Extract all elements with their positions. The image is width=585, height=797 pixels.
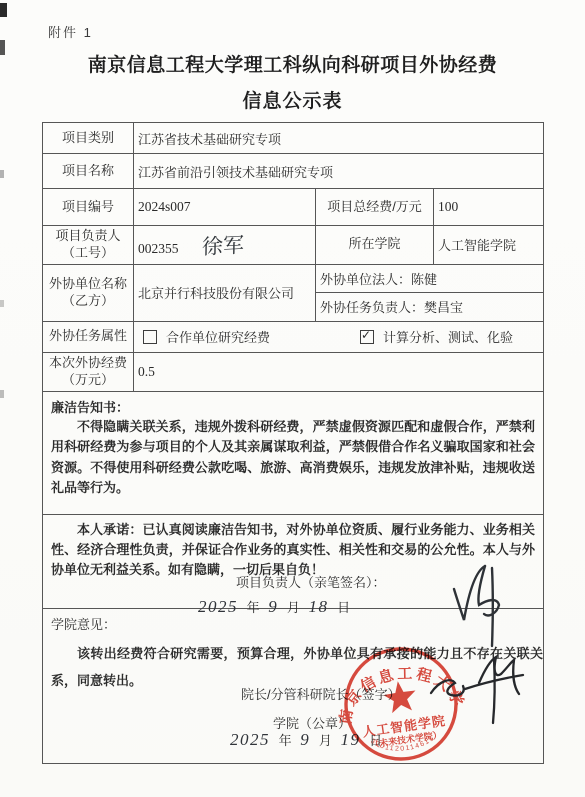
project-category-value: 江苏省技术基础研究专项 <box>134 123 544 154</box>
task-option-analysis: 计算分析、测试、化验 <box>360 327 513 346</box>
scan-artifact <box>0 390 4 398</box>
integrity-notice-body: 不得隐瞒关联关系，违规外拨科研经费，严禁虚假资源匹配和虚假合作，严禁利用科研经费… <box>51 417 535 499</box>
row-amount: 本次外协经费 （万元） 0.5 <box>43 352 544 391</box>
partner-legal-person: 外协单位法人：陈健 <box>316 264 544 292</box>
amount-label-line1: 本次外协经费 <box>47 355 129 372</box>
integrity-notice-title: 廉洁告知书： <box>51 397 535 416</box>
project-number-label: 项目编号 <box>43 189 134 226</box>
task-option-cooperation: 合作单位研究经费 <box>143 327 270 346</box>
college-date-year: 2025 <box>230 730 270 749</box>
dean-signature-scrawl <box>421 647 536 727</box>
task-option-cooperation-label: 合作单位研究经费 <box>166 327 270 346</box>
row-project-leader: 项目负责人 （工号） 002355 徐军 所在学院 人工智能学院 <box>43 226 544 265</box>
row-project-name: 项目名称 江苏省前沿引领技术基础研究专项 <box>43 154 544 189</box>
college-date-month: 9 <box>300 730 310 749</box>
checkbox-unchecked-icon <box>143 330 157 344</box>
college-date-year-unit: 年 <box>279 733 292 748</box>
form-table: 项目类别 江苏省技术基础研究专项 项目名称 江苏省前沿引领技术基础研究专项 项目… <box>42 122 544 764</box>
scan-artifact <box>0 170 4 178</box>
partner-task-leader: 外协任务负责人：樊昌宝 <box>316 292 544 321</box>
task-option-analysis-label: 计算分析、测试、化验 <box>383 327 513 346</box>
amount-value: 0.5 <box>138 364 155 379</box>
partner-task-leader-value: 樊昌宝 <box>424 300 463 315</box>
project-name-label: 项目名称 <box>43 154 134 189</box>
row-partner-unit: 外协单位名称 （乙方） 北京并行科技股份有限公司 外协单位法人：陈健 <box>43 264 544 292</box>
scan-artifact <box>0 300 4 307</box>
college-date-month-unit: 月 <box>319 733 332 748</box>
project-number-value: 2024s007 <box>138 199 191 214</box>
row-commitment: 本人承诺：已认真阅读廉洁告知书，对外协单位资质、履行业务能力、业务相关性、经济合… <box>43 514 544 608</box>
partner-unit-label-line1: 外协单位名称 <box>47 276 129 293</box>
project-leader-label-line2: （工号） <box>47 245 129 262</box>
project-leader-label: 项目负责人 （工号） <box>43 226 134 265</box>
row-project-number: 项目编号 2024s007 项目总经费/万元 100 <box>43 189 544 226</box>
project-leader-label-line1: 项目负责人 <box>47 228 129 245</box>
total-budget-value: 100 <box>438 199 458 214</box>
college-label: 所在学院 <box>316 226 434 265</box>
leader-employee-id: 002355 <box>138 241 179 256</box>
row-project-category: 项目类别 江苏省技术基础研究专项 <box>43 123 544 154</box>
checkbox-checked-icon <box>360 330 374 344</box>
amount-label: 本次外协经费 （万元） <box>43 352 134 391</box>
form-title-line2: 信息公示表 <box>0 86 585 113</box>
amount-label-line2: （万元） <box>47 372 129 389</box>
leader-sign-label: 项目负责人（亲笔签名）： <box>236 572 386 591</box>
total-budget-label: 项目总经费/万元 <box>316 189 434 226</box>
project-name-value: 江苏省前沿引领技术基础研究专项 <box>134 154 544 189</box>
partner-legal-value: 陈健 <box>411 272 437 287</box>
college-value: 人工智能学院 <box>434 226 544 265</box>
partner-legal-label: 外协单位法人： <box>320 272 411 287</box>
leader-handwritten-name: 徐军 <box>202 229 244 261</box>
partner-unit-label: 外协单位名称 （乙方） <box>43 264 134 321</box>
partner-unit-label-line2: （乙方） <box>47 293 129 310</box>
scanned-document-page: 附件 1 南京信息工程大学理工科纵向科研项目外协经费 信息公示表 项目类别 江苏… <box>0 0 585 797</box>
project-category-label: 项目类别 <box>43 123 134 154</box>
form-title-line1: 南京信息工程大学理工科纵向科研项目外协经费 <box>0 50 585 77</box>
leader-signature-scrawl <box>448 561 528 649</box>
row-task-attribute: 外协任务属性 合作单位研究经费 计算分析、测试、化验 <box>43 321 544 352</box>
row-integrity-notice: 廉洁告知书： 不得隐瞒关联关系，违规外拨科研经费，严禁虚假资源匹配和虚假合作，严… <box>43 391 544 514</box>
partner-unit-value: 北京并行科技股份有限公司 <box>134 264 316 321</box>
scan-artifact <box>0 3 7 17</box>
task-attribute-label: 外协任务属性 <box>43 321 134 352</box>
partner-task-leader-label: 外协任务负责人： <box>320 300 424 315</box>
attachment-label: 附件 1 <box>48 22 93 41</box>
